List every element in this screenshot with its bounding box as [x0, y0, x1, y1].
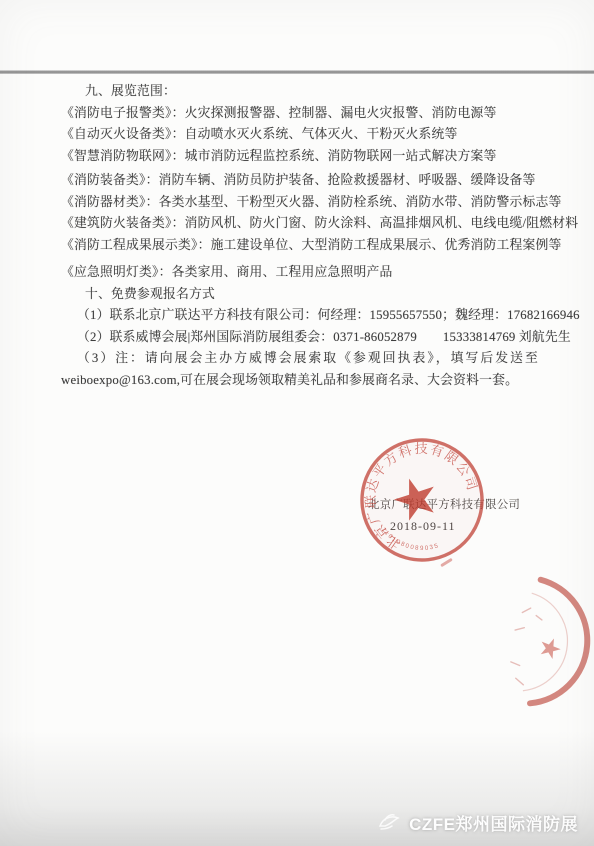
email-line: weiboexpo@163.com,可在展会现场领取精美礼品和参展商名录、大会资… — [61, 370, 538, 392]
section-10-heading: 十、免费参观报名方式 — [61, 284, 538, 306]
category-label: 《消防器材类》： — [61, 195, 159, 209]
category-line: 《建筑防火装备类》：消防风机、防火门窗、防火涂料、高温排烟风机、电线电缆/阻燃材… — [61, 213, 538, 235]
category-line: 《智慧消防物联网》：城市消防远程监控系统、消防物联网一站式解决方案等 — [61, 146, 538, 168]
dove-logo-icon — [376, 808, 404, 836]
category-label: 《智慧消防物联网》： — [61, 149, 185, 163]
category-items: 施工建设单位、大型消防工程成果展示、优秀消防工程案例等 — [211, 238, 562, 252]
category-label: 《消防工程成果展示类》： — [61, 238, 211, 252]
partial-star-icon — [537, 635, 563, 661]
partial-stamp-arc — [530, 580, 591, 707]
company-seal-stamp: 北京广联达平方科技有限公司 1101080089035 — [352, 430, 492, 570]
category-label: 《应急照明灯类》： — [61, 265, 172, 279]
document-body: 九、展览范围： 《消防电子报警类》：火灾探测报警器、控制器、漏电火灾报警、消防电… — [61, 81, 538, 391]
contact-line-1: （1）联系北京广联达平方科技有限公司：何经理：15955657550；魏经理：1… — [61, 305, 538, 327]
contact-line-3: （3）注：请向展会主办方威博会展索取《参观回执表》，填写后发送至 — [61, 348, 538, 370]
category-items: 消防风机、防火门窗、防火涂料、高温排烟风机、电线电缆/阻燃材料 — [185, 216, 579, 230]
category-items: 消防车辆、消防员防护装备、抢险救援器材、呼吸器、缓降设备等 — [159, 173, 536, 187]
category-line: 《应急照明灯类》：各类家用、商用、工程用应急照明产品 — [61, 262, 538, 284]
category-items: 自动喷水灭火系统、气体灭火、干粉灭火系统等 — [185, 127, 458, 141]
category-label: 《消防电子报警类》： — [61, 106, 185, 120]
category-items: 火灾探测报警器、控制器、漏电火灾报警、消防电源等 — [185, 106, 497, 120]
category-items: 城市消防远程监控系统、消防物联网一站式解决方案等 — [185, 149, 497, 163]
category-label: 《自动灭火设备类》： — [61, 127, 185, 141]
watermark: CZFE郑州国际消防展 — [376, 808, 578, 836]
watermark-text: CZFE郑州国际消防展 — [409, 810, 578, 835]
page-break-line — [0, 70, 594, 74]
partial-stamp — [462, 552, 594, 742]
category-label: 《建筑防火装备类》： — [61, 216, 185, 230]
category-line: 《消防电子报警类》：火灾探测报警器、控制器、漏电火灾报警、消防电源等 — [61, 103, 538, 125]
category-items: 各类家用、商用、工程用应急照明产品 — [172, 265, 393, 279]
contact-line-2: （2）联系威博会展|郑州国际消防展组委会：0371-86052879 15333… — [61, 327, 538, 349]
section-9-heading: 九、展览范围： — [61, 81, 538, 103]
category-line: 《消防工程成果展示类》：施工建设单位、大型消防工程成果展示、优秀消防工程案例等 — [61, 235, 538, 257]
category-items: 各类水基型、干粉型灭火器、消防栓系统、消防水带、消防警示标志等 — [159, 195, 562, 209]
category-label: 《消防装备类》： — [61, 173, 159, 187]
category-line: 《自动灭火设备类》：自动喷水灭火系统、气体灭火、干粉灭火系统等 — [61, 124, 538, 146]
category-line: 《消防装备类》：消防车辆、消防员防护装备、抢险救援器材、呼吸器、缓降设备等 — [61, 170, 538, 192]
scanned-document-page: 九、展览范围： 《消防电子报警类》：火灾探测报警器、控制器、漏电火灾报警、消防电… — [0, 0, 594, 846]
category-line: 《消防器材类》：各类水基型、干粉型灭火器、消防栓系统、消防水带、消防警示标志等 — [61, 192, 538, 214]
